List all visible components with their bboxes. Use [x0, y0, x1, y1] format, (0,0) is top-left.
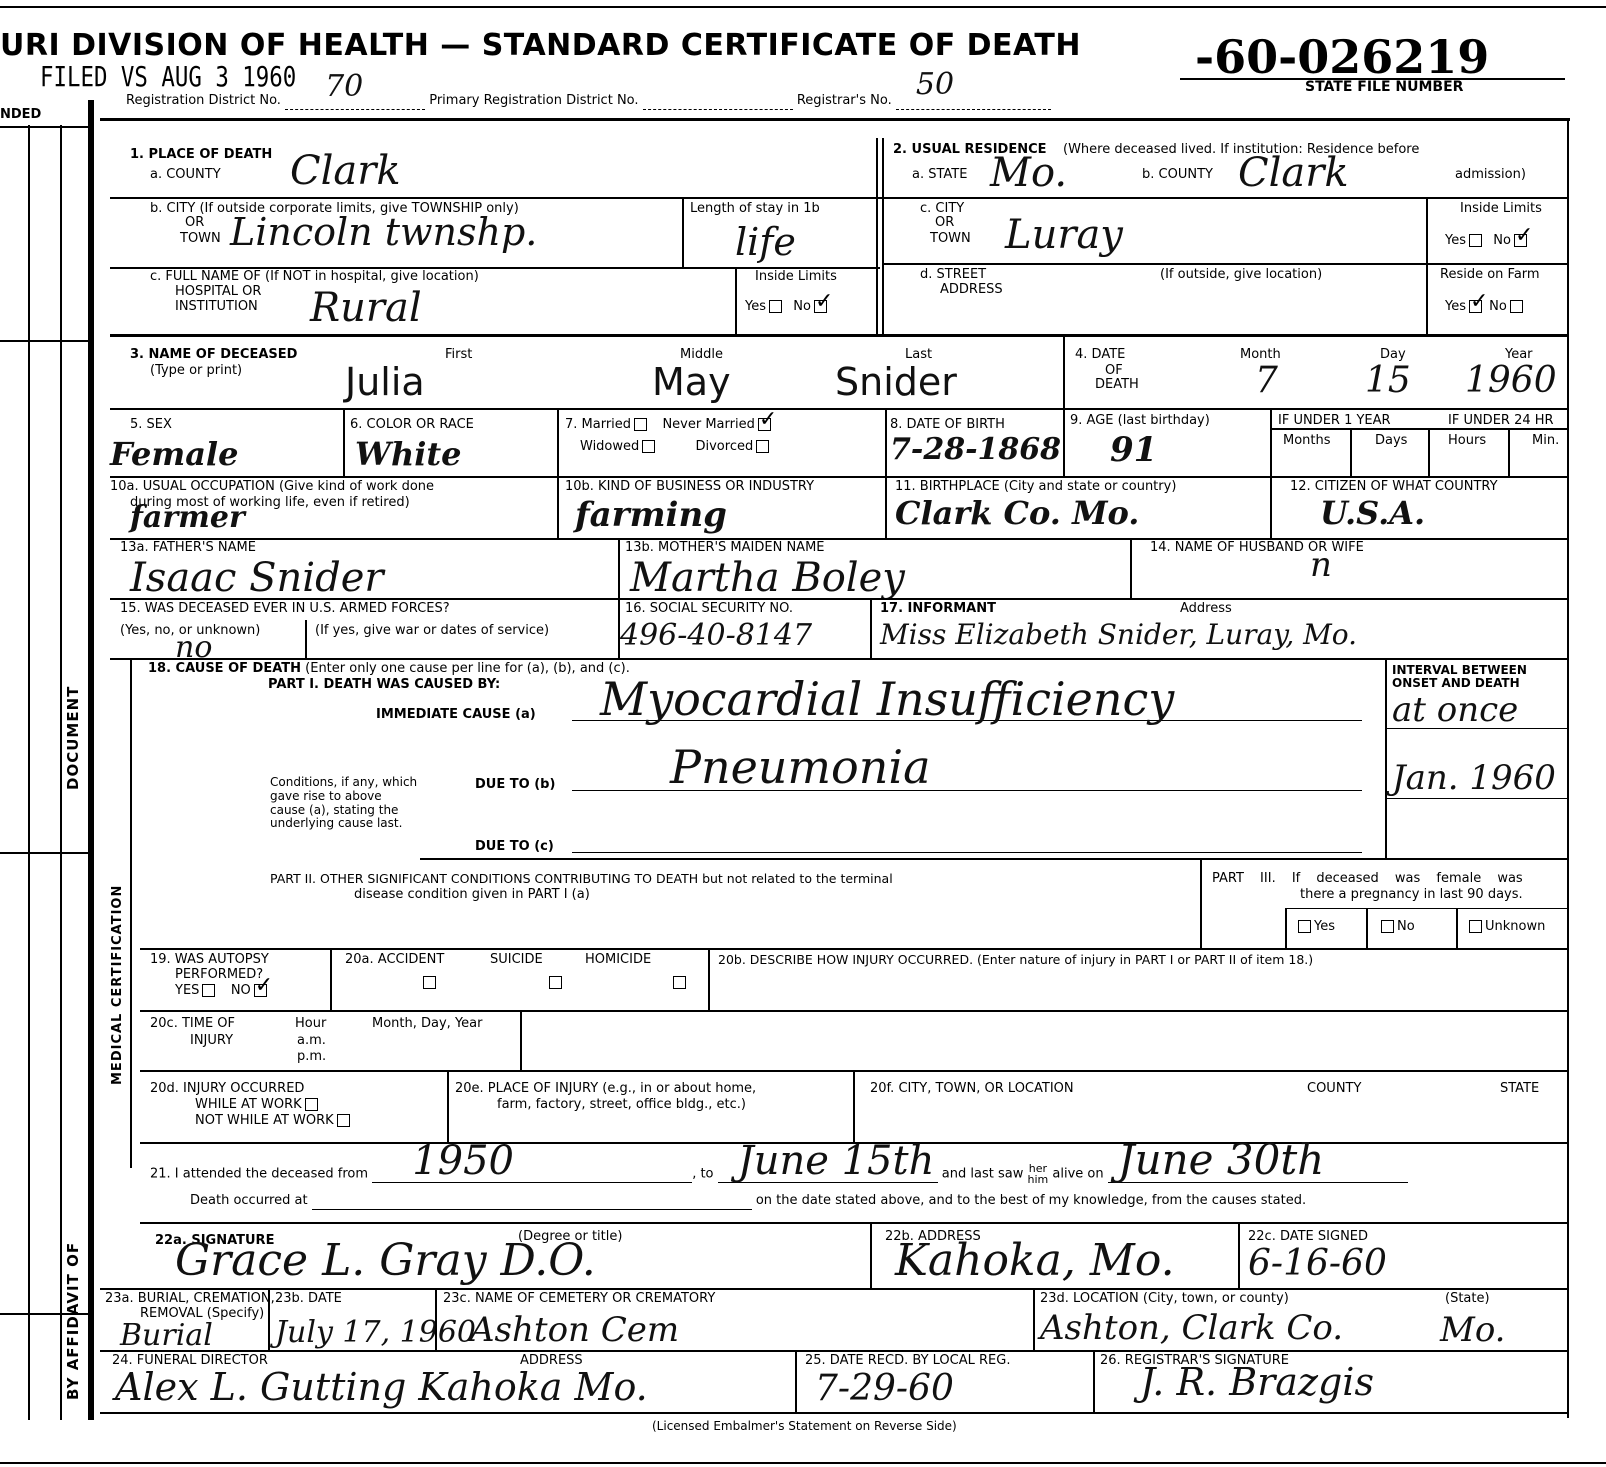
- burial-type-value[interactable]: Burial: [120, 1318, 213, 1353]
- res-farm-no-label: No: [1489, 299, 1507, 314]
- cemetery-label: 23c. NAME OF CEMETERY OR CREMATORY: [443, 1292, 715, 1307]
- sex-value[interactable]: Female: [110, 435, 238, 473]
- at-work-checkbox[interactable]: [305, 1098, 318, 1111]
- father-label: 13a. FATHER'S NAME: [120, 541, 256, 556]
- cemetery-value[interactable]: Ashton Cem: [470, 1310, 679, 1350]
- birthplace-value[interactable]: Clark Co. Mo.: [895, 494, 1139, 532]
- pregnancy-no-checkbox[interactable]: [1381, 920, 1394, 933]
- race-value[interactable]: White: [355, 435, 462, 473]
- burial-location-label: 23d. LOCATION (City, town, or county): [1040, 1292, 1289, 1307]
- res-street-label: d. STREET: [920, 268, 986, 283]
- age-value[interactable]: 91: [1110, 430, 1157, 470]
- due-b-label: DUE TO (b): [475, 778, 555, 792]
- part1-label: PART I. DEATH WAS CAUSED BY:: [268, 678, 500, 692]
- citizen-value[interactable]: U.S.A.: [1320, 494, 1425, 532]
- deceased-name-label: 3. NAME OF DECEASED: [130, 348, 297, 362]
- date-of-death-label: 4. DATE: [1075, 348, 1125, 363]
- attended-from-value[interactable]: 1950: [412, 1138, 514, 1184]
- months-label: Months: [1283, 434, 1331, 449]
- registrar-value[interactable]: 50: [916, 68, 954, 103]
- interval-label: INTERVAL BETWEEN ONSET AND DEATH: [1392, 664, 1562, 690]
- pregnancy-yes-checkbox[interactable]: [1298, 920, 1311, 933]
- armed-forces-label: 15. WAS DECEASED EVER IN U.S. ARMED FORC…: [120, 602, 450, 617]
- describe-injury-label: 20b. DESCRIBE HOW INJURY OCCURRED. (Ente…: [718, 953, 1313, 967]
- inside-limits-label-1: Inside Limits: [755, 270, 837, 285]
- pregnancy-yes-label: Yes: [1314, 919, 1335, 934]
- place-of-injury-sub: farm, factory, street, office bldg., etc…: [497, 1098, 746, 1113]
- citizen-label: 12. CITIZEN OF WHAT COUNTRY: [1290, 480, 1498, 495]
- days-label: Days: [1375, 434, 1407, 449]
- dob-label: 8. DATE OF BIRTH: [890, 418, 1005, 433]
- never-married-checkbox[interactable]: [758, 418, 771, 431]
- date-of-death-death: DEATH: [1095, 378, 1139, 393]
- pm-label: p.m.: [297, 1050, 326, 1065]
- burial-state-label: (State): [1445, 1292, 1490, 1307]
- death-year-value[interactable]: 1960: [1465, 360, 1557, 401]
- res-farm-yes-checkbox[interactable]: [1469, 300, 1482, 313]
- under-24-hr-label: IF UNDER 24 HR: [1448, 414, 1554, 428]
- res-county-value[interactable]: Clark: [1238, 150, 1349, 196]
- state-file-number-label: STATE FILE NUMBER: [1305, 80, 1463, 95]
- immediate-cause-value[interactable]: Myocardial Insufficiency: [600, 672, 1174, 726]
- industry-value[interactable]: farming: [575, 495, 727, 535]
- accident-checkbox[interactable]: [423, 976, 436, 989]
- inside-limits-yes-checkbox-1[interactable]: [769, 300, 782, 313]
- alive-on-label: alive on: [1052, 1167, 1103, 1182]
- burial-location-value[interactable]: Ashton, Clark Co.: [1040, 1308, 1343, 1348]
- part2-sub: disease condition given in PART I (a): [354, 888, 590, 903]
- autopsy-label: 19. WAS AUTOPSY: [150, 953, 269, 968]
- autopsy-label2: PERFORMED?: [175, 968, 263, 983]
- stay-label: Length of stay in 1b: [690, 202, 820, 217]
- autopsy-yes-label: YES: [175, 983, 199, 998]
- suicide-label: SUICIDE: [490, 953, 543, 968]
- filed-stamp: FILED VS AUG 3 1960: [40, 60, 296, 93]
- registrar-label: Registrar's No.: [797, 93, 892, 108]
- part2-label: PART II. OTHER SIGNIFICANT CONDITIONS CO…: [270, 872, 893, 886]
- suicide-checkbox[interactable]: [549, 976, 562, 989]
- widowed-checkbox[interactable]: [642, 440, 655, 453]
- alive-on-value[interactable]: June 30th: [1118, 1136, 1325, 1184]
- res-inside-yes-label: Yes: [1445, 233, 1466, 248]
- registrar-signature-value[interactable]: J. R. Brazgis: [1140, 1360, 1374, 1404]
- hospital-sub2: INSTITUTION: [175, 300, 258, 315]
- res-street-note: (If outside, give location): [1160, 268, 1322, 283]
- res-farm-label: Reside on Farm: [1440, 268, 1540, 283]
- autopsy-yes-checkbox[interactable]: [202, 984, 215, 997]
- funeral-director-value[interactable]: Alex L. Gutting Kahoka Mo.: [115, 1365, 648, 1409]
- city-town: TOWN: [180, 232, 221, 247]
- interval-a-value[interactable]: at once: [1392, 690, 1518, 730]
- last-name-value[interactable]: Snider: [835, 360, 957, 404]
- informant-address-label: Address: [1180, 602, 1232, 617]
- attended-to-label: , to: [692, 1167, 713, 1182]
- informant-label: 17. INFORMANT: [880, 602, 996, 617]
- divorced-label: Divorced: [695, 439, 753, 454]
- hospital-label: c. FULL NAME OF (If NOT in hospital, giv…: [150, 270, 479, 285]
- cause-label: 18. CAUSE OF DEATH: [148, 661, 301, 676]
- first-name-value[interactable]: Julia: [345, 360, 425, 404]
- death-city-value[interactable]: Lincoln twnshp.: [230, 210, 537, 254]
- stay-value[interactable]: life: [735, 220, 796, 264]
- mother-label: 13b. MOTHER'S MAIDEN NAME: [625, 541, 825, 556]
- res-state-label: a. STATE: [912, 168, 967, 183]
- date-signed-value[interactable]: 6-16-60: [1248, 1243, 1387, 1284]
- dob-value[interactable]: 7-28-1868: [890, 432, 1061, 467]
- autopsy-no-checkbox[interactable]: [254, 984, 267, 997]
- pregnancy-unknown-checkbox[interactable]: [1469, 920, 1482, 933]
- under-1-year-label: IF UNDER 1 YEAR: [1278, 414, 1391, 428]
- inside-limits-no-label-1: No: [793, 299, 811, 314]
- state-file-number: -60-026219: [1195, 30, 1489, 84]
- res-city-town: TOWN: [930, 232, 971, 247]
- occupation-value[interactable]: farmer: [130, 500, 245, 535]
- age-label: 9. AGE (last birthday): [1070, 414, 1210, 429]
- side-label-medical-certification: MEDICAL CERTIFICATION: [110, 885, 125, 1085]
- hospital-sub1: HOSPITAL OR: [175, 285, 261, 300]
- res-city-value[interactable]: Luray: [1005, 212, 1123, 258]
- immediate-cause-label: IMMEDIATE CAUSE (a): [376, 708, 536, 722]
- res-inside-limits-label: Inside Limits: [1460, 202, 1542, 217]
- injury-city-label: 20f. CITY, TOWN, OR LOCATION: [870, 1082, 1074, 1097]
- left-margin-label: NDED: [0, 108, 41, 122]
- res-street-label2: ADDRESS: [940, 283, 1003, 298]
- usual-residence-note2: admission): [1455, 168, 1526, 183]
- burial-type-label: 23a. BURIAL, CREMATION,: [105, 1292, 275, 1307]
- city-or: OR: [185, 216, 204, 231]
- never-married-label: Never Married: [662, 417, 754, 432]
- industry-label: 10b. KIND OF BUSINESS OR INDUSTRY: [565, 480, 814, 495]
- not-at-work-checkbox[interactable]: [337, 1114, 350, 1127]
- side-label-affidavit: BY AFFIDAVIT OF: [64, 1242, 82, 1400]
- married-checkbox[interactable]: [634, 418, 647, 431]
- res-inside-yes-checkbox[interactable]: [1469, 234, 1482, 247]
- time-of-injury-label2: INJURY: [190, 1034, 233, 1049]
- death-occurred-statement: on the date stated above, and to the bes…: [756, 1193, 1306, 1208]
- middle-name-value[interactable]: May: [652, 360, 731, 404]
- side-label-document: DOCUMENT: [64, 686, 82, 790]
- not-at-work-label: NOT WHILE AT WORK: [195, 1113, 334, 1128]
- sex-label: 5. SEX: [130, 418, 172, 433]
- mdy-label: Month, Day, Year: [372, 1017, 482, 1032]
- ssn-label: 16. SOCIAL SECURITY NO.: [625, 602, 793, 617]
- widowed-label: Widowed: [580, 439, 639, 454]
- burial-state-value[interactable]: Mo.: [1440, 1310, 1506, 1350]
- death-day-value[interactable]: 15: [1365, 360, 1411, 401]
- due-c-label: DUE TO (c): [475, 840, 554, 854]
- res-state-value[interactable]: Mo.: [990, 150, 1067, 196]
- registration-district-value[interactable]: 70: [325, 70, 363, 105]
- cause-note: (Enter only one cause per line for (a), …: [305, 661, 630, 676]
- res-farm-no-checkbox[interactable]: [1510, 300, 1523, 313]
- married-label: 7. Married: [565, 417, 631, 432]
- occupation-label: 10a. USUAL OCCUPATION (Give kind of work…: [110, 480, 434, 495]
- res-farm-yes-label: Yes: [1445, 299, 1466, 314]
- hours-label: Hours: [1448, 434, 1486, 449]
- physician-address-value[interactable]: Kahoka, Mo.: [895, 1235, 1175, 1286]
- homicide-checkbox[interactable]: [673, 976, 686, 989]
- am-label: a.m.: [297, 1034, 326, 1049]
- ssn-value[interactable]: 496-40-8147: [620, 618, 812, 653]
- accident-label: 20a. ACCIDENT: [345, 953, 444, 968]
- spouse-value[interactable]: n: [1310, 545, 1332, 585]
- first-label: First: [445, 348, 472, 363]
- part3-sub: there a pregnancy in last 90 days.: [1300, 888, 1523, 903]
- father-value[interactable]: Isaac Snider: [130, 555, 384, 601]
- at-work-label: WHILE AT WORK: [195, 1097, 302, 1112]
- deceased-name-sub: (Type or print): [150, 364, 242, 379]
- burial-date-label: 23b. DATE: [275, 1292, 342, 1307]
- armed-forces-sub2: (If yes, give war or dates of service): [315, 624, 549, 639]
- birthplace-label: 11. BIRTHPLACE (City and state or countr…: [895, 480, 1176, 495]
- certificate-title: URI DIVISION OF HEALTH — STANDARD CERTIF…: [0, 28, 1081, 63]
- registration-district-label: Registration District No.: [126, 93, 281, 108]
- attended-label: 21. I attended the deceased from: [150, 1167, 368, 1182]
- inside-limits-no-checkbox-1[interactable]: [814, 300, 827, 313]
- mother-value[interactable]: Martha Boley: [630, 555, 905, 601]
- homicide-label: HOMICIDE: [585, 953, 651, 968]
- date-received-label: 25. DATE RECD. BY LOCAL REG.: [805, 1354, 1010, 1369]
- conditions-note: Conditions, if any, which gave rise to a…: [270, 776, 420, 831]
- hospital-value[interactable]: Rural: [310, 285, 422, 331]
- res-inside-no-checkbox[interactable]: [1514, 234, 1527, 247]
- due-b-value[interactable]: Pneumonia: [670, 740, 931, 794]
- left-thick-border: [88, 100, 94, 1420]
- part3-label: PART III. If deceased was female was: [1212, 872, 1523, 887]
- death-county-value[interactable]: Clark: [290, 148, 401, 194]
- injury-county-label: COUNTY: [1307, 1082, 1361, 1097]
- burial-date-value[interactable]: July 17, 1960: [275, 1315, 476, 1350]
- interval-b-value[interactable]: Jan. 1960: [1392, 758, 1556, 798]
- place-of-death-label: 1. PLACE OF DEATH: [130, 148, 272, 162]
- race-label: 6. COLOR OR RACE: [350, 418, 474, 433]
- attended-to-value[interactable]: June 15th: [738, 1138, 935, 1184]
- res-inside-no-label: No: [1493, 233, 1511, 248]
- physician-signature-value[interactable]: Grace L. Gray D.O.: [175, 1235, 596, 1286]
- res-city-or: OR: [935, 216, 954, 231]
- min-label: Min.: [1532, 434, 1559, 449]
- embalmer-statement-note: (Licensed Embalmer's Statement on Revers…: [652, 1420, 957, 1434]
- primary-registration-label: Primary Registration District No.: [429, 93, 638, 108]
- place-of-injury-label: 20e. PLACE OF INJURY (e.g., in or about …: [455, 1082, 756, 1097]
- him-label: him: [1027, 1173, 1048, 1186]
- date-received-value[interactable]: 7-29-60: [815, 1368, 954, 1409]
- time-of-injury-label: 20c. TIME OF: [150, 1017, 235, 1032]
- divorced-checkbox[interactable]: [756, 440, 769, 453]
- informant-value[interactable]: Miss Elizabeth Snider, Luray, Mo.: [880, 618, 1357, 651]
- pregnancy-no-label: No: [1397, 919, 1415, 934]
- hour-label: Hour: [295, 1017, 326, 1032]
- injury-occurred-label: 20d. INJURY OCCURRED: [150, 1082, 304, 1097]
- res-county-label: b. COUNTY: [1142, 168, 1213, 183]
- inside-limits-yes-label-1: Yes: [745, 299, 766, 314]
- pregnancy-unknown-label: Unknown: [1485, 919, 1545, 934]
- death-month-value[interactable]: 7: [1255, 360, 1278, 401]
- injury-state-label: STATE: [1500, 1082, 1539, 1097]
- county-label: a. COUNTY: [150, 168, 221, 183]
- last-saw-label: and last saw: [942, 1167, 1024, 1182]
- autopsy-no-label: NO: [231, 983, 251, 998]
- death-occurred-label: Death occurred at: [190, 1193, 308, 1208]
